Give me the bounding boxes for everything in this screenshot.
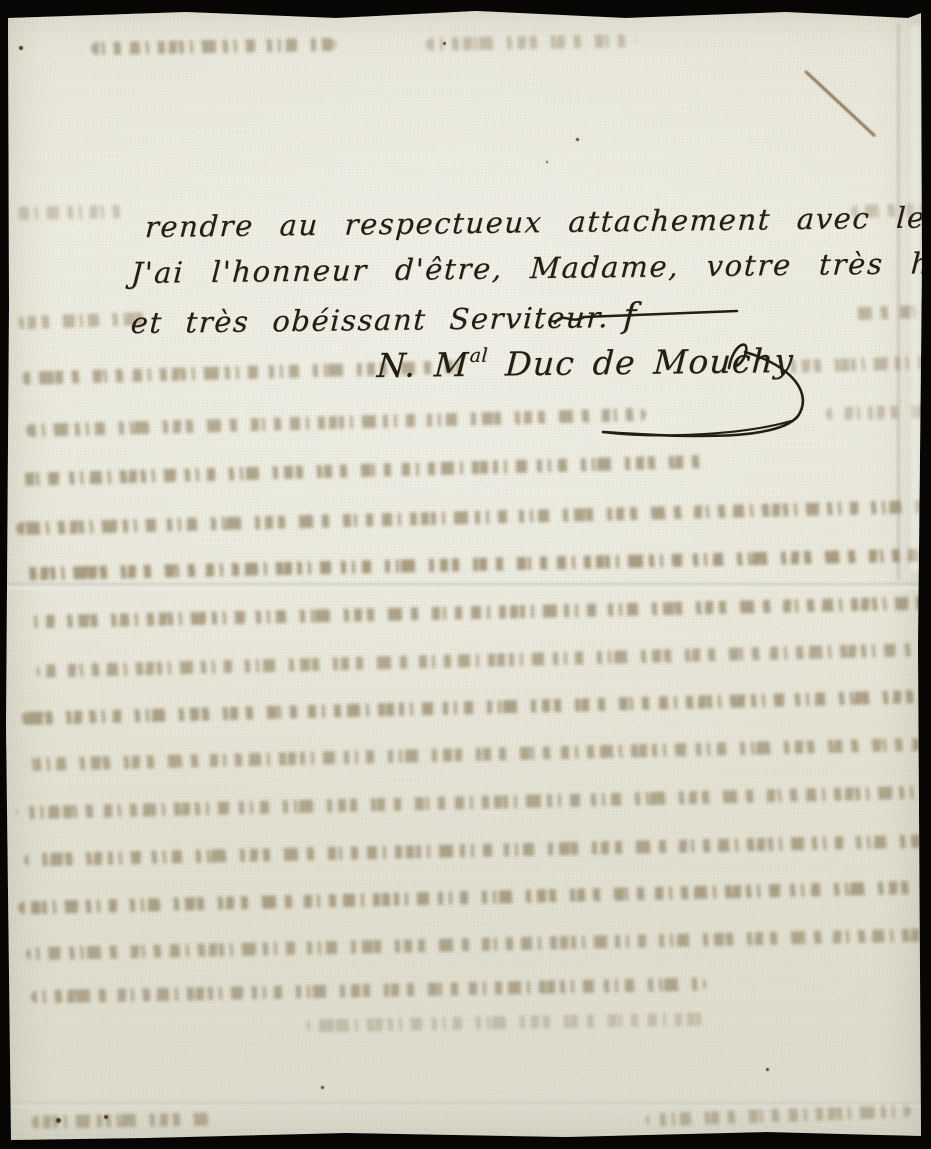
bleedthrough-row	[306, 1013, 706, 1033]
signature: N. Mal Duc de Mouchy	[376, 341, 795, 385]
ink-speck	[19, 46, 23, 50]
bleedthrough-row	[31, 597, 924, 629]
ink-speck	[56, 1118, 61, 1123]
bleedthrough-row	[826, 405, 931, 421]
bleedthrough-row	[31, 978, 706, 1004]
bleedthrough-row	[21, 690, 926, 725]
bleedthrough-row	[36, 643, 916, 677]
bleedthrough-layer	[6, 6, 922, 1142]
letter-body-line-1: rendre au respectueux attachement avec l…	[144, 200, 931, 244]
ink-speck	[766, 1068, 769, 1071]
bleedthrough-row	[31, 1112, 216, 1128]
scan-background: rendre au respectueux attachement avec l…	[0, 0, 931, 1149]
ink-speck	[546, 161, 548, 163]
bleedthrough-row	[18, 455, 706, 486]
bleedthrough-row	[16, 786, 930, 820]
paraph-mark: f	[622, 296, 638, 336]
bleedthrough-row	[26, 929, 924, 961]
ink-speck	[443, 42, 446, 45]
bleedthrough-row	[24, 835, 926, 867]
bleedthrough-row	[16, 500, 928, 535]
page-edge-highlight	[911, 26, 920, 571]
letter-page: rendre au respectueux attachement avec l…	[6, 6, 922, 1142]
letter-body-line-2: J'ai l'honneur d'être, Madame, votre trè…	[130, 245, 931, 290]
bleedthrough-row	[26, 408, 646, 437]
letter-body-line-3: et très obéissant Serviteur.f	[130, 296, 639, 342]
bleedthrough-row	[786, 356, 931, 373]
scan-shading	[6, 6, 922, 1142]
ink-speck	[321, 1086, 324, 1089]
signature-superscript: al	[469, 345, 489, 367]
bleedthrough-row	[91, 38, 336, 55]
signature-name: Duc de Mouchy	[486, 341, 795, 384]
fold-crease-vertical	[897, 24, 900, 580]
fold-crease-horizontal-lower	[6, 1102, 922, 1107]
bleedthrough-row	[426, 34, 636, 51]
ink-speck	[104, 1115, 108, 1119]
bleedthrough-row	[26, 738, 921, 771]
bleedthrough-row	[851, 305, 931, 321]
bleedthrough-row	[21, 549, 928, 581]
bleedthrough-row	[16, 205, 126, 220]
letter-body-line-3-text: et très obéissant Serviteur.	[130, 300, 611, 340]
ink-speck	[576, 138, 579, 141]
bleedthrough-row	[18, 881, 930, 915]
signature-prefix: N. M	[376, 345, 471, 385]
fold-crease-horizontal	[6, 583, 922, 589]
bleedthrough-row	[646, 1104, 911, 1126]
paper-texture	[6, 6, 922, 1142]
ink-stroke-mark	[804, 70, 876, 137]
